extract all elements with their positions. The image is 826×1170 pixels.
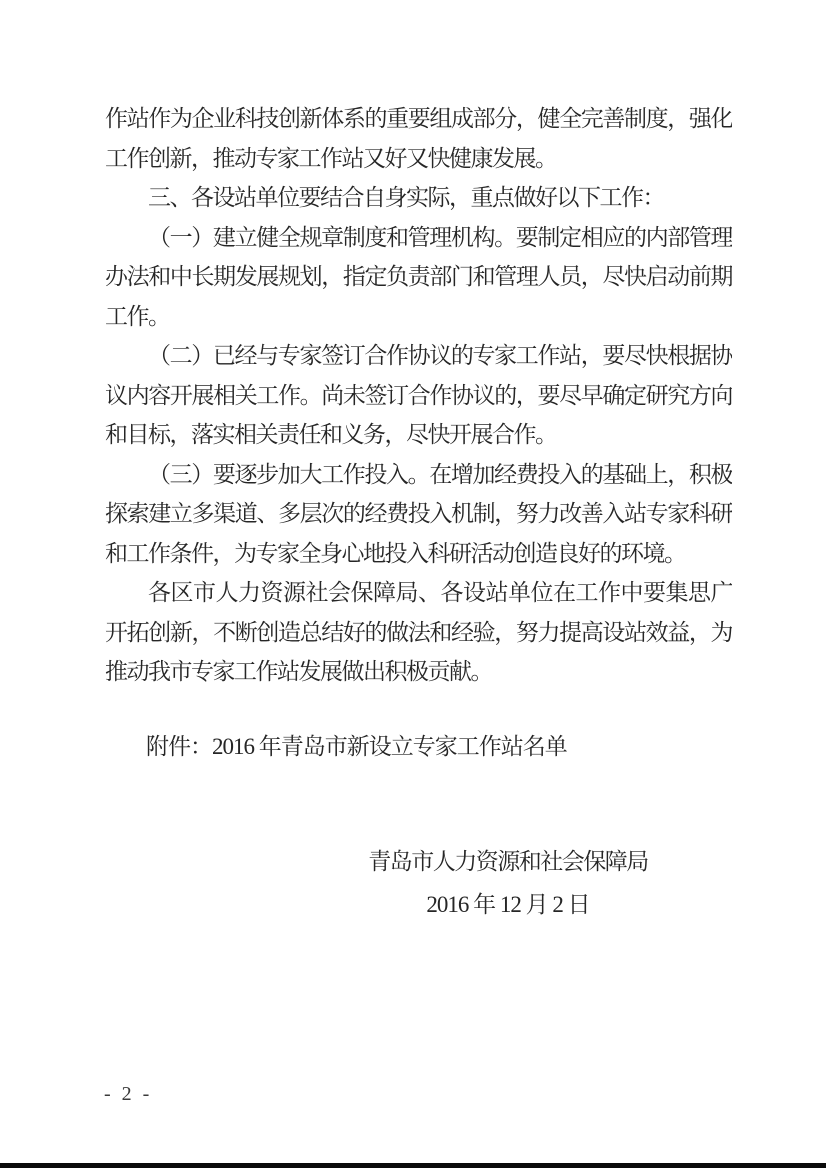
document-body: 作站作为企业科技创新体系的重要组成部分，健全完善制度，强化 工作创新，推动专家工… <box>105 99 732 692</box>
issuer-name: 青岛市人力资源和社会保障局 <box>358 840 658 883</box>
body-line: 各区市人力资源社会保障局、各设站单位在工作中要集思广益， <box>105 573 732 613</box>
body-line: 办法和中长期发展规划，指定负责部门和管理人员，尽快启动前期 <box>105 257 732 297</box>
scan-edge-artifact <box>0 1163 826 1168</box>
body-line: 推动我市专家工作站发展做出积极贡献。 <box>105 652 732 692</box>
body-line: （三）要逐步加大工作投入。在增加经费投入的基础上，积极 <box>105 455 732 495</box>
page-number: - 2 - <box>104 1082 152 1106</box>
attachment-line: 附件：2016 年青岛市新设立专家工作站名单 <box>105 727 732 767</box>
body-line: 工作。 <box>105 297 732 337</box>
issue-date: 2016 年 12 月 2 日 <box>358 883 658 926</box>
document-page: 作站作为企业科技创新体系的重要组成部分，健全完善制度，强化 工作创新，推动专家工… <box>0 0 826 1170</box>
body-line: 和目标，落实相关责任和义务，尽快开展合作。 <box>105 415 732 455</box>
signature-block: 青岛市人力资源和社会保障局 2016 年 12 月 2 日 <box>358 840 658 926</box>
body-line: 开拓创新，不断创造总结好的做法和经验，努力提高设站效益，为 <box>105 613 732 653</box>
body-line: （一）建立健全规章制度和管理机构。要制定相应的内部管理 <box>105 218 732 258</box>
body-line: 三、各设站单位要结合自身实际，重点做好以下工作： <box>105 178 732 218</box>
body-line: 和工作条件，为专家全身心地投入科研活动创造良好的环境。 <box>105 534 732 574</box>
body-line: 议内容开展相关工作。尚未签订合作协议的，要尽早确定研究方向 <box>105 376 732 416</box>
body-line: （二）已经与专家签订合作协议的专家工作站，要尽快根据协 <box>105 336 732 376</box>
body-line: 作站作为企业科技创新体系的重要组成部分，健全完善制度，强化 <box>105 99 732 139</box>
body-line: 工作创新，推动专家工作站又好又快健康发展。 <box>105 139 732 179</box>
body-line: 探索建立多渠道、多层次的经费投入机制，努力改善入站专家科研 <box>105 494 732 534</box>
